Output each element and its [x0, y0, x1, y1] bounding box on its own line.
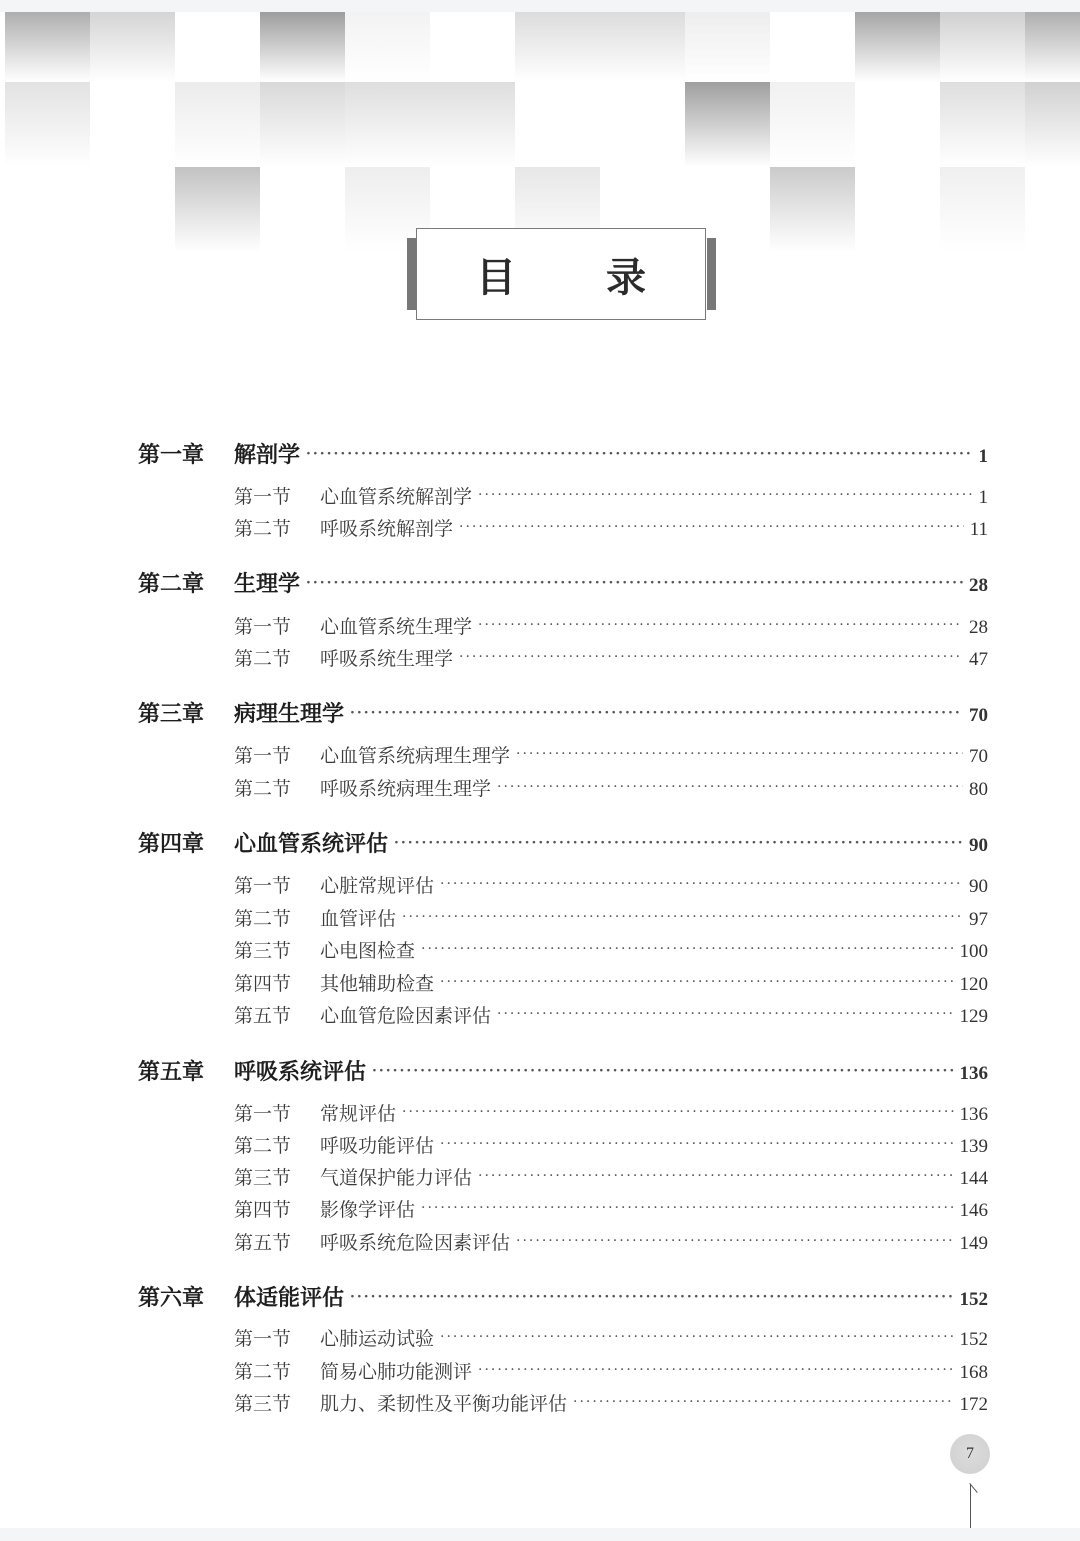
section-title: 其他辅助检查 [320, 969, 434, 996]
section-page-number: 47 [969, 649, 988, 671]
toc-section-row[interactable]: 第一节心血管系统解剖学1 [234, 482, 988, 509]
toc-section-row[interactable]: 第一节心血管系统生理学28 [234, 612, 988, 639]
decorative-tile [770, 82, 855, 167]
section-page-number: 136 [960, 1104, 989, 1126]
decorative-tile [1025, 82, 1080, 167]
title-side-bar-left [407, 238, 416, 310]
decorative-tile [5, 12, 90, 82]
toc-section-row[interactable]: 第五节呼吸系统危险因素评估149 [234, 1228, 988, 1255]
section-number: 第五节 [234, 1001, 320, 1028]
dot-leader [350, 705, 963, 721]
page-title: 目 录 [476, 246, 684, 303]
section-title: 影像学评估 [320, 1195, 415, 1222]
decorative-tile [515, 12, 685, 82]
section-title: 心肺运动试验 [320, 1324, 434, 1351]
toc-chapter-row[interactable]: 第三章病理生理学70 [138, 697, 988, 728]
decorative-tile [770, 167, 855, 252]
section-title: 心电图检查 [320, 936, 415, 963]
section-number: 第五节 [234, 1228, 320, 1255]
toc-section-row[interactable]: 第一节常规评估136 [234, 1099, 988, 1126]
section-page-number: 100 [960, 941, 989, 963]
decorative-tile [685, 82, 770, 167]
dot-leader [402, 1104, 953, 1120]
toc-chapter-row[interactable]: 第五章呼吸系统评估136 [138, 1055, 988, 1086]
decorative-tile [260, 12, 345, 82]
section-number: 第一节 [234, 1099, 320, 1126]
decorative-tile [685, 12, 770, 82]
dot-leader [440, 974, 953, 990]
section-page-number: 1 [979, 487, 989, 509]
dot-leader [440, 876, 963, 892]
section-number: 第二节 [234, 904, 320, 931]
section-number: 第四节 [234, 969, 320, 996]
chapter-title: 体适能评估 [234, 1281, 344, 1312]
section-title: 气道保护能力评估 [320, 1163, 472, 1190]
toc-section-row[interactable]: 第二节呼吸系统解剖学11 [234, 514, 988, 541]
section-title: 肌力、柔韧性及平衡功能评估 [320, 1389, 567, 1416]
chapter-page-number: 70 [969, 705, 988, 727]
toc-chapter-row[interactable]: 第六章体适能评估152 [138, 1281, 988, 1312]
section-page-number: 149 [960, 1233, 989, 1255]
chapter-title: 病理生理学 [234, 697, 344, 728]
page-number: 7 [966, 1445, 974, 1463]
dot-leader [394, 835, 963, 851]
toc-section-row[interactable]: 第四节其他辅助检查120 [234, 969, 988, 996]
section-title: 心血管系统生理学 [320, 612, 472, 639]
dot-leader [478, 487, 972, 503]
dot-leader [516, 1233, 953, 1249]
section-number: 第二节 [234, 1131, 320, 1158]
toc-section-row[interactable]: 第一节心血管系统病理生理学70 [234, 741, 988, 768]
section-number: 第一节 [234, 1324, 320, 1351]
section-page-number: 146 [960, 1200, 989, 1222]
chapter-number: 第五章 [138, 1055, 234, 1086]
dot-leader [350, 1289, 953, 1305]
section-title: 心血管危险因素评估 [320, 1001, 491, 1028]
section-number: 第二节 [234, 774, 320, 801]
toc-section-row[interactable]: 第一节心脏常规评估90 [234, 871, 988, 898]
dot-leader [372, 1063, 953, 1079]
chapter-number: 第三章 [138, 697, 234, 728]
section-title: 呼吸系统病理生理学 [320, 774, 491, 801]
toc-section-row[interactable]: 第一节心肺运动试验152 [234, 1324, 988, 1351]
section-page-number: 139 [960, 1136, 989, 1158]
chapter-title: 心血管系统评估 [234, 827, 388, 858]
section-title: 血管评估 [320, 904, 396, 931]
decorative-tile [940, 12, 1025, 82]
section-page-number: 90 [969, 876, 988, 898]
section-page-number: 172 [960, 1394, 989, 1416]
decorative-tile [260, 82, 345, 167]
section-number: 第一节 [234, 741, 320, 768]
decorative-tile [5, 82, 90, 167]
chapter-number: 第四章 [138, 827, 234, 858]
section-number: 第二节 [234, 1357, 320, 1384]
toc-section-row[interactable]: 第三节肌力、柔韧性及平衡功能评估172 [234, 1389, 988, 1416]
section-number: 第四节 [234, 1195, 320, 1222]
section-page-number: 120 [960, 974, 989, 996]
section-number: 第三节 [234, 1389, 320, 1416]
margin-arrow-icon [970, 1484, 971, 1528]
toc-section-row[interactable]: 第四节影像学评估146 [234, 1195, 988, 1222]
chapter-page-number: 90 [969, 835, 988, 857]
dot-leader [497, 779, 963, 795]
section-title: 简易心肺功能测评 [320, 1357, 472, 1384]
toc-section-row[interactable]: 第五节心血管危险因素评估129 [234, 1001, 988, 1028]
dot-leader [306, 575, 963, 591]
chapter-page-number: 136 [960, 1063, 989, 1085]
section-number: 第三节 [234, 936, 320, 963]
section-page-number: 144 [960, 1168, 989, 1190]
toc-section-row[interactable]: 第三节心电图检查100 [234, 936, 988, 963]
section-page-number: 70 [969, 746, 988, 768]
decorative-tile [940, 167, 1025, 252]
section-page-number: 129 [960, 1006, 989, 1028]
dot-leader [440, 1329, 953, 1345]
chapter-number: 第二章 [138, 567, 234, 598]
section-number: 第二节 [234, 514, 320, 541]
dot-leader [516, 746, 963, 762]
section-number: 第一节 [234, 612, 320, 639]
decorative-tile [175, 167, 260, 252]
chapter-page-number: 1 [979, 446, 989, 468]
section-page-number: 168 [960, 1362, 989, 1384]
decorative-tile [1025, 12, 1080, 82]
section-title: 心脏常规评估 [320, 871, 434, 898]
dot-leader [459, 519, 964, 535]
chapter-number: 第一章 [138, 438, 234, 469]
page-number-badge: 7 [950, 1434, 990, 1474]
dot-leader [421, 941, 953, 957]
chapter-title: 呼吸系统评估 [234, 1055, 366, 1086]
chapter-title: 解剖学 [234, 438, 300, 469]
section-title: 呼吸功能评估 [320, 1131, 434, 1158]
section-number: 第一节 [234, 871, 320, 898]
toc-section-row[interactable]: 第三节气道保护能力评估144 [234, 1163, 988, 1190]
section-number: 第三节 [234, 1163, 320, 1190]
dot-leader [478, 1362, 953, 1378]
decorative-tile [90, 12, 175, 82]
chapter-title: 生理学 [234, 567, 300, 598]
toc-chapter-row[interactable]: 第二章生理学28 [138, 567, 988, 598]
chapter-page-number: 28 [969, 575, 988, 597]
toc-chapter-row[interactable]: 第四章心血管系统评估90 [138, 827, 988, 858]
section-number: 第二节 [234, 644, 320, 671]
dot-leader [573, 1394, 953, 1410]
dot-leader [478, 617, 963, 633]
toc-section-row[interactable]: 第二节简易心肺功能测评168 [234, 1357, 988, 1384]
section-title: 心血管系统解剖学 [320, 482, 472, 509]
section-page-number: 80 [969, 779, 988, 801]
section-page-number: 11 [970, 519, 988, 541]
section-title: 呼吸系统生理学 [320, 644, 453, 671]
dot-leader [421, 1200, 953, 1216]
decorative-tile [345, 82, 515, 167]
decorative-tile [345, 12, 430, 82]
dot-leader [459, 649, 963, 665]
decorative-tile [855, 12, 940, 82]
section-number: 第一节 [234, 482, 320, 509]
section-page-number: 152 [960, 1329, 989, 1351]
decorative-tile [940, 82, 1025, 167]
toc-section-row[interactable]: 第二节血管评估97 [234, 904, 988, 931]
dot-leader [402, 909, 963, 925]
toc-chapter-row[interactable]: 第一章解剖学1 [138, 438, 988, 469]
section-title: 呼吸系统危险因素评估 [320, 1228, 510, 1255]
toc-section-row[interactable]: 第二节呼吸系统病理生理学80 [234, 774, 988, 801]
section-title: 心血管系统病理生理学 [320, 741, 510, 768]
section-page-number: 97 [969, 909, 988, 931]
dot-leader [497, 1006, 953, 1022]
dot-leader [306, 446, 972, 462]
title-side-bar-right [707, 238, 716, 310]
dot-leader [440, 1136, 953, 1152]
section-title: 呼吸系统解剖学 [320, 514, 453, 541]
chapter-page-number: 152 [960, 1289, 989, 1311]
section-page-number: 28 [969, 617, 988, 639]
section-title: 常规评估 [320, 1099, 396, 1126]
chapter-number: 第六章 [138, 1281, 234, 1312]
page-title-box: 目 录 [416, 228, 706, 320]
toc-section-row[interactable]: 第二节呼吸系统生理学47 [234, 644, 988, 671]
toc-section-row[interactable]: 第二节呼吸功能评估139 [234, 1131, 988, 1158]
decorative-tile [175, 82, 260, 167]
dot-leader [478, 1168, 953, 1184]
